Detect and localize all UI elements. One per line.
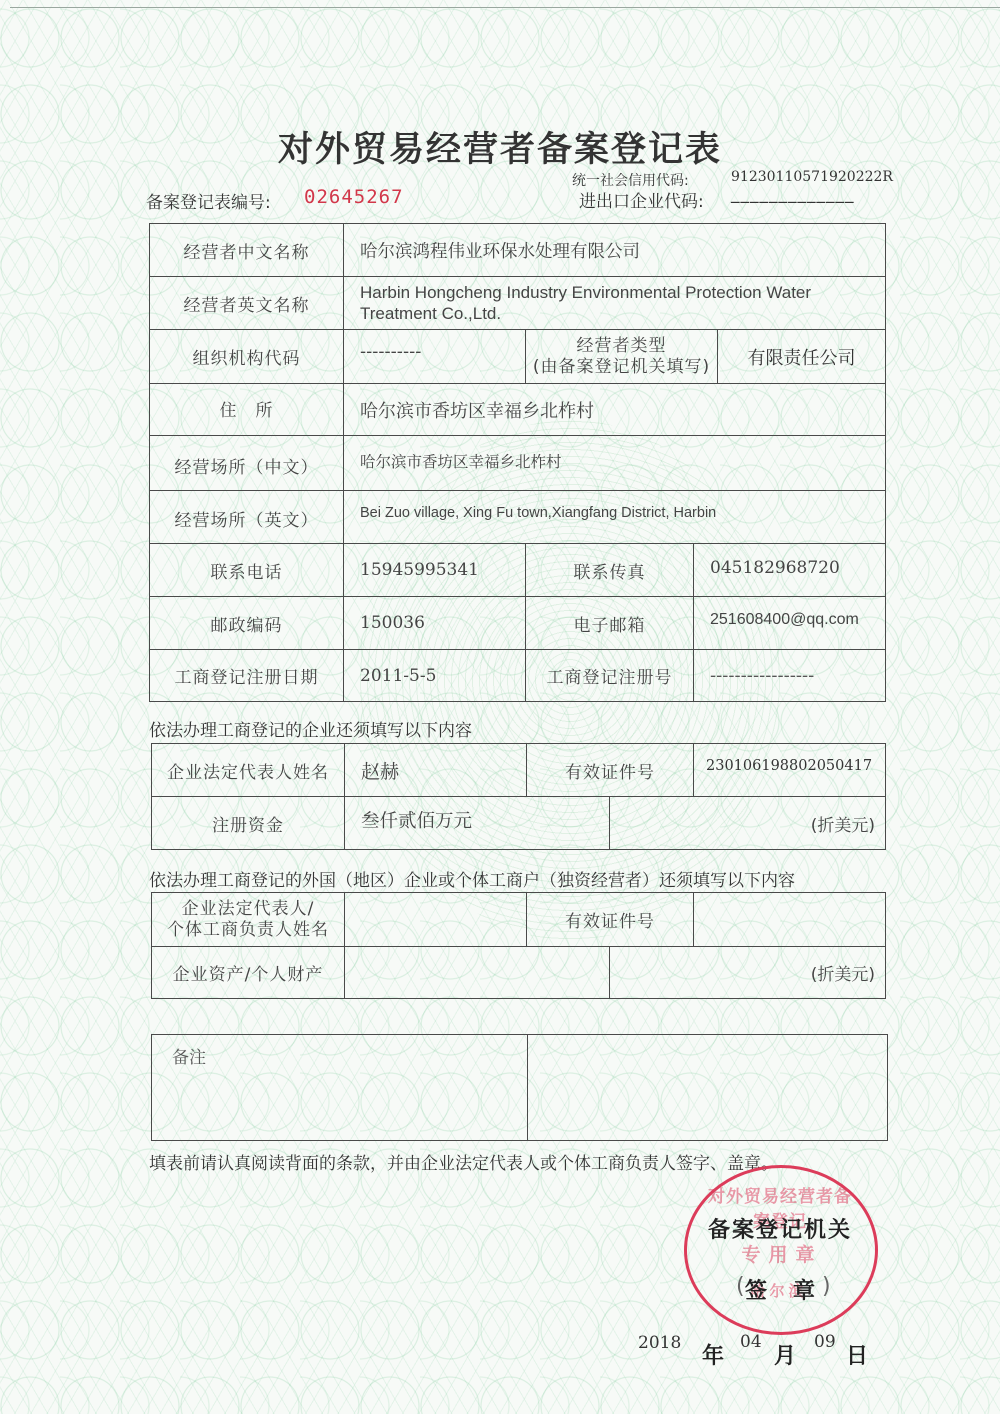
row-remarks: 备注	[152, 1035, 888, 1141]
record-no-value: 02645267	[304, 186, 404, 208]
date-day: 09	[814, 1332, 836, 1352]
chinese-name-label: 经营者中文名称	[150, 224, 344, 277]
row-postcode-email: 邮政编码 150036 电子邮箱 251608400@qq.com	[150, 597, 886, 650]
signing-instruction: 填表前请认真阅读背面的条款，并由企业法定代表人或个体工商负责人签字、盖章。	[149, 1149, 778, 1174]
phone-label: 联系电话	[150, 544, 344, 597]
reg-no-label: 工商登记注册号	[526, 650, 694, 702]
premises-cn-value: 哈尔滨市香坊区幸福乡北柞村	[344, 436, 886, 491]
seal-label-sign: 签	[745, 1274, 769, 1305]
row-legal-rep: 企业法定代表人姓名 赵赫 有效证件号 230106198802050417	[152, 744, 886, 797]
domestic-id-label: 有效证件号	[527, 744, 694, 797]
row-org-code: 组织机构代码 ---------- 经营者类型 (由备案登记机关填写) 有限责任…	[150, 330, 886, 384]
english-name-line2: Treatment Co.,Ltd.	[360, 303, 885, 324]
seal-center-text: 专用章	[727, 1240, 837, 1267]
foreign-rep-label: 企业法定代表人/ 个体工商负责人姓名	[152, 893, 345, 947]
assets-usd-note: (折美元)	[610, 947, 886, 999]
domestic-id-value: 230106198802050417	[694, 744, 886, 797]
chinese-name-value: 哈尔滨鸿程伟业环保水处理有限公司	[344, 224, 886, 277]
email-value: 251608400@qq.com	[694, 597, 886, 650]
operator-type-label-line2: (由备案登记机关填写)	[526, 357, 717, 378]
reg-date-value: 2011-5-5	[344, 650, 526, 702]
reg-date-label: 工商登记注册日期	[150, 650, 344, 702]
domestic-table: 企业法定代表人姓名 赵赫 有效证件号 230106198802050417 注册…	[151, 743, 886, 850]
import-export-code-label: 进出口企业代码:	[579, 187, 704, 212]
remarks-value	[528, 1035, 888, 1141]
capital-value: 叁仟贰佰万元	[345, 797, 610, 850]
english-name-value: Harbin Hongcheng Industry Environmental …	[344, 277, 886, 330]
english-name-line1: Harbin Hongcheng Industry Environmental …	[360, 282, 885, 303]
row-foreign-assets: 企业资产/个人财产 (折美元)	[152, 947, 886, 999]
premises-en-value: Bei Zuo village, Xing Fu town,Xiangfang …	[344, 491, 886, 544]
foreign-section-title: 依法办理工商登记的外国（地区）企业或个体工商户（独资经营者）还须填写以下内容	[149, 866, 795, 891]
english-name-label: 经营者英文名称	[150, 277, 344, 330]
row-foreign-rep: 企业法定代表人/ 个体工商负责人姓名 有效证件号	[152, 893, 886, 947]
seal-paren-close: )	[822, 1274, 833, 1299]
row-premises-en: 经营场所（英文） Bei Zuo village, Xing Fu town,X…	[150, 491, 886, 544]
operator-type-value: 有限责任公司	[718, 330, 886, 384]
foreign-id-label: 有效证件号	[527, 893, 694, 947]
fax-label: 联系传真	[526, 544, 694, 597]
record-no-label: 备案登记表编号:	[146, 188, 271, 213]
official-seal: 对外贸易经营者备案登记 专用章 哈尔滨	[684, 1165, 878, 1335]
row-chinese-name: 经营者中文名称 哈尔滨鸿程伟业环保水处理有限公司	[150, 224, 886, 277]
row-capital: 注册资金 叁仟贰佰万元 (折美元)	[152, 797, 886, 850]
foreign-rep-label-line2: 个体工商负责人姓名	[152, 920, 344, 941]
form-title: 对外贸易经营者备案登记表	[0, 122, 1000, 172]
import-export-code-value: _____________	[731, 184, 855, 204]
phone-value: 15945995341	[344, 544, 526, 597]
foreign-rep-label-line1: 企业法定代表人/	[152, 899, 344, 920]
row-premises-cn: 经营场所（中文） 哈尔滨市香坊区幸福乡北柞村	[150, 436, 886, 491]
row-english-name: 经营者英文名称 Harbin Hongcheng Industry Enviro…	[150, 277, 886, 330]
postcode-label: 邮政编码	[150, 597, 344, 650]
premises-en-label: 经营场所（英文）	[150, 491, 344, 544]
premises-cn-label: 经营场所（中文）	[150, 436, 344, 491]
main-info-table: 经营者中文名称 哈尔滨鸿程伟业环保水处理有限公司 经营者英文名称 Harbin …	[149, 223, 886, 702]
date-month: 04	[740, 1332, 762, 1352]
date-month-unit: 月	[774, 1339, 796, 1370]
row-registration: 工商登记注册日期 2011-5-5 工商登记注册号 --------------…	[150, 650, 886, 702]
org-code-label: 组织机构代码	[150, 330, 344, 384]
remarks-label: 备注	[152, 1035, 528, 1141]
row-domicile: 住 所 哈尔滨市香坊区幸福乡北柞村	[150, 384, 886, 436]
fax-value: 045182968720	[694, 544, 886, 597]
email-label: 电子邮箱	[526, 597, 694, 650]
paper-edge	[10, 7, 1000, 8]
legal-rep-label: 企业法定代表人姓名	[152, 744, 345, 797]
domestic-section-title: 依法办理工商登记的企业还须填写以下内容	[149, 716, 472, 741]
credit-code-value: 91230110571920222R	[731, 169, 893, 185]
operator-type-label-line1: 经营者类型	[526, 336, 717, 357]
remarks-table: 备注	[151, 1034, 888, 1141]
foreign-id-value	[694, 893, 886, 947]
capital-label: 注册资金	[152, 797, 345, 850]
legal-rep-value: 赵赫	[345, 744, 527, 797]
foreign-table: 企业法定代表人/ 个体工商负责人姓名 有效证件号 企业资产/个人财产 (折美元)	[151, 892, 886, 999]
assets-label: 企业资产/个人财产	[152, 947, 345, 999]
postcode-value: 150036	[344, 597, 526, 650]
seal-label-stamp: 章	[793, 1274, 817, 1305]
operator-type-label: 经营者类型 (由备案登记机关填写)	[526, 330, 718, 384]
row-phone-fax: 联系电话 15945995341 联系传真 045182968720	[150, 544, 886, 597]
date-year: 2018	[638, 1333, 681, 1353]
org-code-value: ----------	[344, 330, 526, 384]
foreign-rep-value	[345, 893, 527, 947]
filing-authority-label: 备案登记机关	[708, 1213, 852, 1244]
assets-value	[345, 947, 610, 999]
domicile-label: 住 所	[150, 384, 344, 436]
date-day-unit: 日	[846, 1339, 868, 1370]
date-year-unit: 年	[702, 1339, 724, 1370]
capital-usd-note: (折美元)	[610, 797, 886, 850]
reg-no-value: -----------------	[694, 650, 886, 702]
domicile-value: 哈尔滨市香坊区幸福乡北柞村	[344, 384, 886, 436]
